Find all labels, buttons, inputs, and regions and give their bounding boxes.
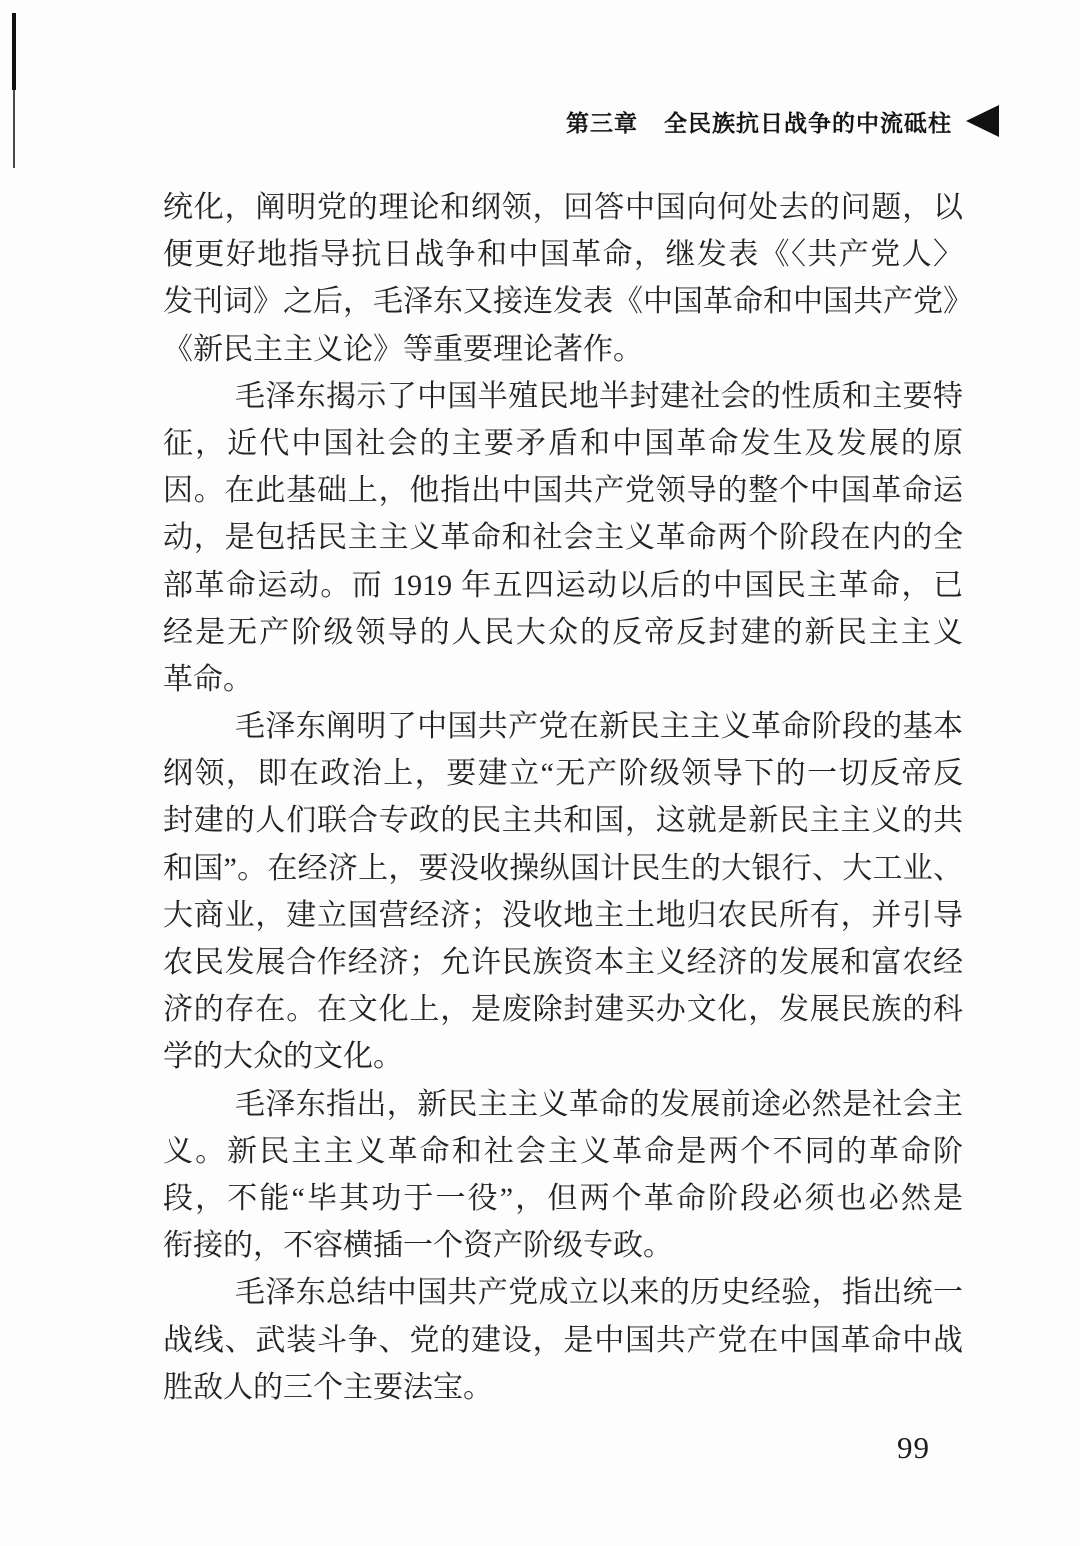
text-line: 征，近代中国社会的主要矛盾和中国革命发生及发展的原 [163,420,963,467]
text-line: 义。新民主主义革命和社会主义革命是两个不同的革命阶 [163,1128,963,1175]
text-line: 纲领，即在政治上，要建立“无产阶级领导下的一切反帝反 [163,750,963,797]
scan-artifact-line-thick [12,13,16,90]
text-line: 毛泽东阐明了中国共产党在新民主主义革命阶段的基本 [163,703,963,750]
text-line: 胜敌人的三个主要法宝。 [163,1364,963,1411]
chapter-number: 第三章 [566,105,638,138]
body-text: 统化，阐明党的理论和纲领，回答中国向何处去的问题，以便更好地指导抗日战争和中国革… [163,184,963,1411]
text-line: 部革命运动。而 1919 年五四运动以后的中国民主革命，已 [163,562,963,609]
text-line: 学的大众的文化。 [163,1033,963,1080]
text-line: 因。在此基础上，他指出中国共产党领导的整个中国革命运 [163,467,963,514]
text-line: 和国”。在经济上，要没收操纵国计民生的大银行、大工业、 [163,845,963,892]
text-line: 革命。 [163,656,963,703]
text-line: 《新民主主义论》等重要理论著作。 [163,326,963,373]
text-line: 毛泽东揭示了中国半殖民地半封建社会的性质和主要特 [163,373,963,420]
text-line: 战线、武装斗争、党的建设，是中国共产党在中国革命中战 [163,1317,963,1364]
text-line: 便更好地指导抗日战争和中国革命，继发表《〈共产党人〉 [163,231,963,278]
text-line: 大商业，建立国营经济；没收地主土地归农民所有，并引导 [163,892,963,939]
page-number: 99 [897,1430,930,1466]
text-line: 封建的人们联合专政的民主共和国，这就是新民主主义的共 [163,797,963,844]
text-line: 毛泽东总结中国共产党成立以来的历史经验，指出统一 [163,1269,963,1316]
text-line: 段，不能“毕其功于一役”，但两个革命阶段必须也必然是 [163,1175,963,1222]
text-line: 统化，阐明党的理论和纲领，回答中国向何处去的问题，以 [163,184,963,231]
text-line: 农民发展合作经济；允许民族资本主义经济的发展和富农经 [163,939,963,986]
book-page: 第三章 全民族抗日战争的中流砥柱 统化，阐明党的理论和纲领，回答中国向何处去的问… [0,0,1080,1546]
text-line: 毛泽东指出，新民主主义革命的发展前途必然是社会主 [163,1081,963,1128]
left-triangle-icon [966,105,999,137]
chapter-header: 第三章 全民族抗日战争的中流砥柱 [566,101,999,141]
chapter-title: 全民族抗日战争的中流砥柱 [664,105,952,138]
text-line: 济的存在。在文化上，是废除封建买办文化，发展民族的科 [163,986,963,1033]
text-line: 衔接的，不容横插一个资产阶级专政。 [163,1222,963,1269]
text-line: 经是无产阶级领导的人民大众的反帝反封建的新民主主义 [163,609,963,656]
text-line: 动，是包括民主主义革命和社会主义革命两个阶段在内的全 [163,514,963,561]
scan-artifact-line-thin [13,90,15,168]
text-line: 发刊词》之后，毛泽东又接连发表《中国革命和中国共产党》 [163,278,963,325]
